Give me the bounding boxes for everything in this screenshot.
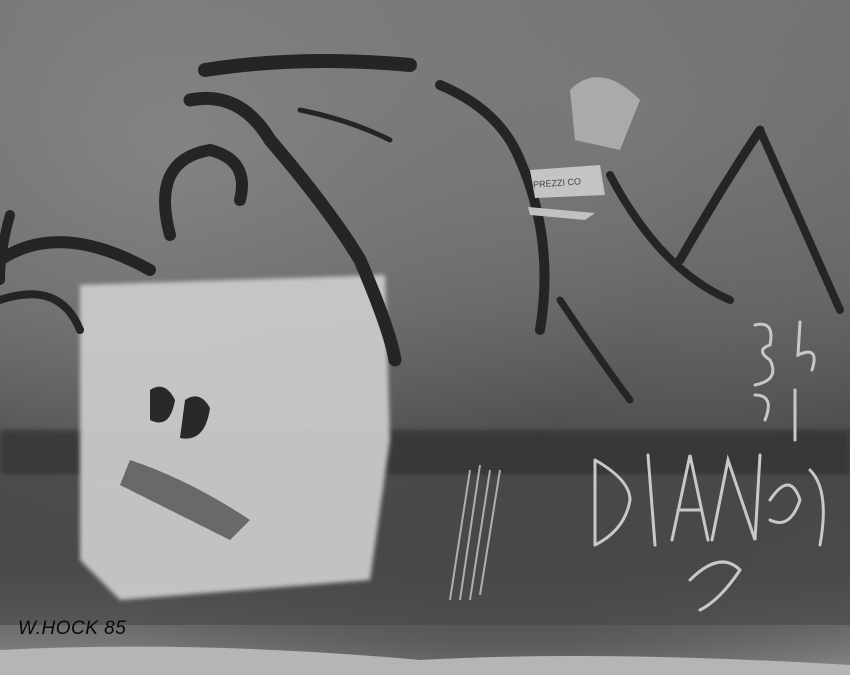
graffiti-wall-photo: PREZZI CO W.HOCK 85 (0, 0, 850, 675)
wall-artwork (0, 0, 850, 675)
photographer-signature: W.HOCK 85 (18, 618, 126, 640)
